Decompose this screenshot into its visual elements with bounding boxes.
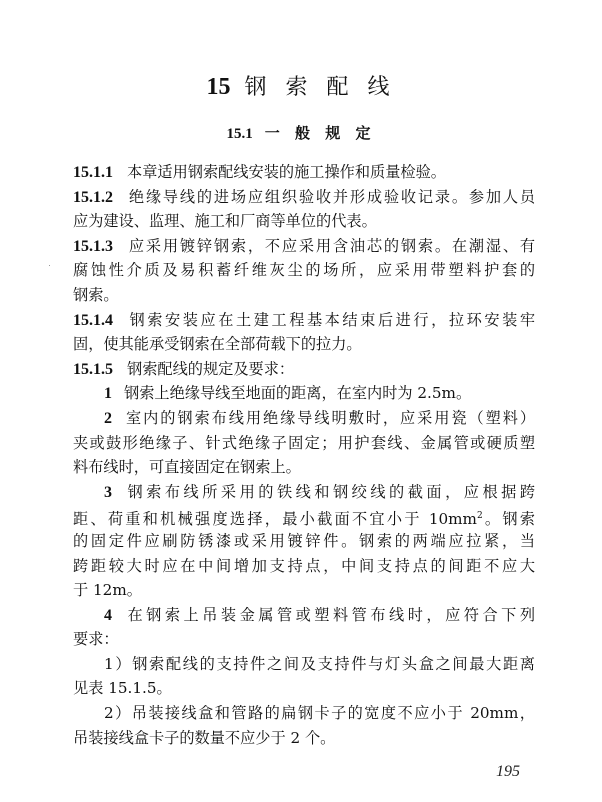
item-4: 4在钢索上吊装金属管或塑料管布线时，应符合下列	[73, 603, 535, 628]
item-number: 1	[104, 385, 112, 402]
clause-text: 应采用镀锌钢索，不应采用含油芯的钢索。在潮湿、有	[127, 237, 535, 255]
body-text: 15.1.1本章适用钢索配线安装的施工操作和质量检验。 15.1.2绝缘导线的进…	[73, 160, 535, 750]
clause-15-1-3: 15.1.3应采用镀锌钢索，不应采用含油芯的钢索。在潮湿、有	[73, 234, 535, 259]
subitem-text: 钢索配线的支持件之间及支持件与灯头盒之间最大距离	[132, 655, 535, 673]
item-1: 1钢索上绝缘导线至地面的距离，在室内时为 2.5m。	[73, 381, 535, 406]
section-number: 15.1	[227, 126, 253, 142]
subitem-number: 1）	[104, 655, 132, 673]
chapter-title: 15钢 索 配 线	[0, 70, 602, 101]
clause-text-line: 应为建设、监理、施工和厂商等单位的代表。	[73, 209, 535, 234]
clause-text: 钢索配线的规定及要求：	[127, 360, 294, 378]
section-title: 15.1一 般 规 定	[0, 122, 602, 143]
clause-text-line: 腐蚀性介质及易积蓄纤维灰尘的场所，应采用带塑料护套的	[73, 258, 535, 283]
item-text-line: 夹或鼓形绝缘子、针式绝缘子固定；用护套线、金属管或硬质塑	[73, 431, 535, 456]
clause-number: 15.1.2	[73, 189, 113, 206]
item-text: 室内的钢索布线用绝缘导线明敷时，应采用瓷（塑料）	[124, 409, 535, 427]
scan-artifact	[49, 265, 50, 266]
item-2: 2室内的钢索布线用绝缘导线明敷时，应采用瓷（塑料）	[73, 406, 535, 431]
item-text: 距、荷重和机械强度选择，最小截面不宜小于 10mm	[73, 510, 477, 528]
item-number: 4	[104, 607, 112, 624]
page-number: 195	[496, 763, 520, 781]
subitem-text: 吊装接线盒和管路的扁钢卡子的宽度不应小于 20mm，	[132, 704, 535, 722]
item-text: 钢索上绝缘导线至地面的距离，在室内时为 2.5m。	[124, 384, 471, 402]
subitem-2: 2）吊装接线盒和管路的扁钢卡子的宽度不应小于 20mm，	[73, 701, 535, 726]
item-text-line: 要求：	[73, 627, 535, 652]
clause-text: 钢索安装应在土建工程基本结束后进行，拉环安装牢	[127, 311, 535, 329]
item-number: 2	[104, 410, 112, 427]
subitem-1: 1）钢索配线的支持件之间及支持件与灯头盒之间最大距离	[73, 652, 535, 677]
clause-number: 15.1.3	[73, 238, 113, 255]
clause-15-1-2: 15.1.2绝缘导线的进场应组织验收并形成验收记录。参加人员	[73, 185, 535, 210]
item-text-line: 料布线时，可直接固定在钢索上。	[73, 455, 535, 480]
clause-number: 15.1.4	[73, 312, 113, 329]
clause-15-1-4: 15.1.4钢索安装应在土建工程基本结束后进行，拉环安装牢	[73, 308, 535, 333]
clause-text-line: 钢索。	[73, 283, 535, 308]
clause-text: 绝缘导线的进场应组织验收并形成验收记录。参加人员	[127, 188, 535, 206]
item-text: 。钢索	[483, 510, 535, 528]
item-text: 钢索布线所采用的铁线和钢绞线的截面，应根据跨	[124, 483, 535, 501]
document-page: 15钢 索 配 线 15.1一 般 规 定 15.1.1本章适用钢索配线安装的施…	[0, 0, 602, 802]
item-text-line: 的固定件应刷防锈漆或采用镀锌件。钢索的两端应拉紧，当	[73, 529, 535, 554]
chapter-name: 钢 索 配 线	[245, 75, 396, 100]
subitem-text-line: 见表 15.1.5。	[73, 676, 535, 701]
item-text: 在钢索上吊装金属管或塑料管布线时，应符合下列	[124, 606, 535, 624]
subitem-number: 2）	[104, 704, 132, 722]
chapter-number: 15	[207, 74, 231, 100]
clause-15-1-5: 15.1.5钢索配线的规定及要求：	[73, 357, 535, 382]
section-name: 一 般 规 定	[265, 124, 376, 142]
item-number: 3	[104, 484, 112, 501]
clause-text: 本章适用钢索配线安装的施工操作和质量检验。	[127, 163, 446, 181]
item-text-line: 于 12m。	[73, 578, 535, 603]
item-text-line: 跨距较大时应在中间增加支持点，中间支持点的间距不应大	[73, 554, 535, 579]
clause-15-1-1: 15.1.1本章适用钢索配线安装的施工操作和质量检验。	[73, 160, 535, 185]
clause-number: 15.1.1	[73, 164, 113, 181]
clause-text-line: 固，使其能承受钢索在全部荷载下的拉力。	[73, 332, 535, 357]
clause-number: 15.1.5	[73, 361, 113, 378]
item-3: 3钢索布线所采用的铁线和钢绞线的截面，应根据跨	[73, 480, 535, 505]
subitem-text-line: 吊装接线盒卡子的数量不应少于 2 个。	[73, 726, 535, 751]
item-text-line: 距、荷重和机械强度选择，最小截面不宜小于 10mm2。钢索	[73, 504, 535, 529]
